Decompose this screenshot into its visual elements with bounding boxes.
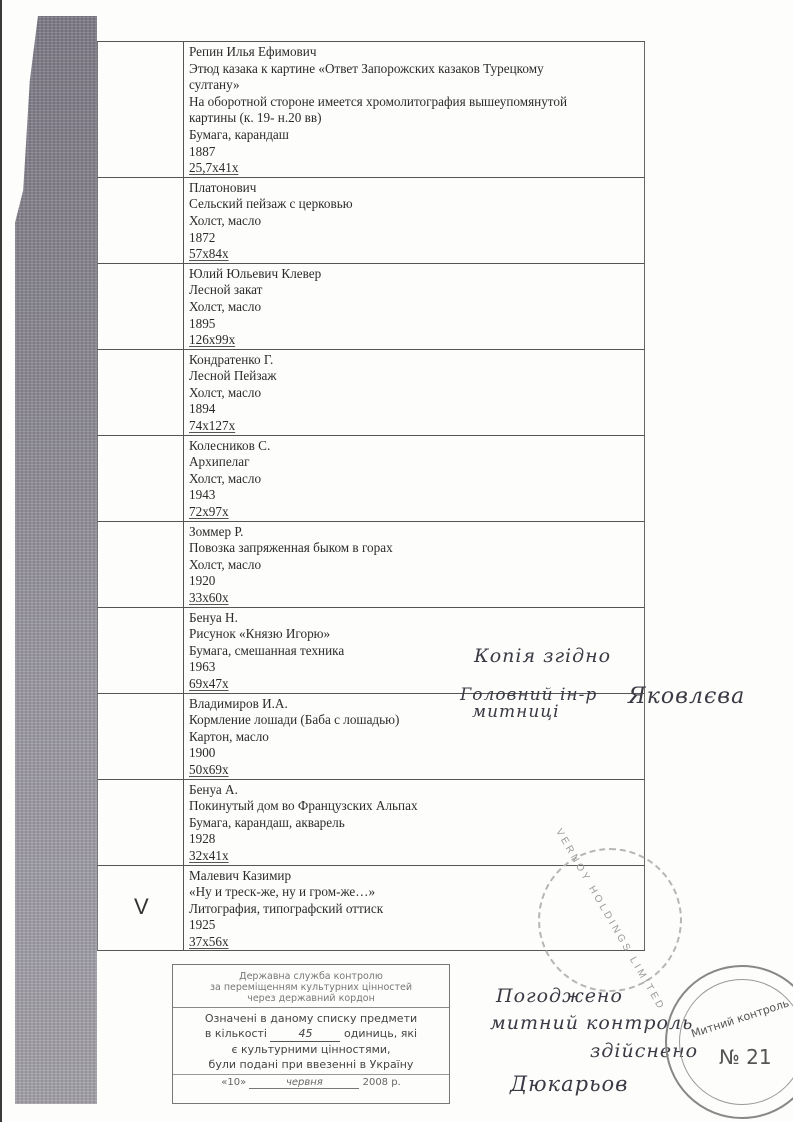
artworks-table: Репин Илья ЕфимовичЭтюд казака к картине… <box>97 41 645 951</box>
handwritten-signature: Яковлєва <box>628 684 745 709</box>
artist-name: Кондратенко Г. <box>189 352 644 369</box>
artwork-detail-line: Сельский пейзаж с церковью <box>189 196 644 213</box>
table-row: Юлий Юльевич КлеверЛесной закатХолст, ма… <box>97 264 645 350</box>
stamp-header-line: за переміщенням культурних цінностей <box>173 982 449 993</box>
artwork-description-cell: ПлатоновичСельский пейзаж с церковьюХолс… <box>184 178 644 263</box>
row-mark-cell <box>98 522 184 607</box>
artwork-dimensions: 74x127x <box>189 418 235 433</box>
artist-name: Бенуа А. <box>189 782 644 799</box>
stamp-body-line: є культурними цінностями, <box>173 1042 449 1057</box>
artwork-dimensions-line: 72x97x <box>189 504 644 521</box>
customs-stamp-number: № 21 <box>719 1045 772 1069</box>
artwork-detail-line: 1895 <box>189 316 644 333</box>
artwork-detail-line: Бумага, карандаш, акварель <box>189 815 644 832</box>
artwork-dimensions: 50x69x <box>189 762 229 777</box>
artwork-detail-line: Кормление лошади (Баба с лошадью) <box>189 712 644 729</box>
certification-stamp-date: «10» червня 2008 р. <box>173 1074 449 1089</box>
artwork-dimensions: 72x97x <box>189 504 229 519</box>
artwork-dimensions: 126x99x <box>189 332 235 347</box>
artwork-detail-line: Холст, масло <box>189 471 644 488</box>
artwork-dimensions-line: 74x127x <box>189 418 644 435</box>
certification-stamp: Державна служба контролю за переміщенням… <box>172 964 450 1104</box>
certification-stamp-body: Означені в даному списку предмети в кіль… <box>173 1008 449 1072</box>
artwork-description-cell: Колесников С.АрхипелагХолст, масло194372… <box>184 436 644 521</box>
artwork-dimensions-line: 25,7x41x <box>189 160 644 177</box>
artwork-detail-line: картины (к. 19- н.20 вв) <box>189 110 644 127</box>
table-row: Бенуа А.Покинутый дом во Французских Аль… <box>97 780 645 866</box>
table-row: Кондратенко Г.Лесной ПейзажХолст, масло1… <box>97 350 645 436</box>
handwritten-approved: Погоджено <box>496 985 623 1007</box>
artwork-dimensions-line: 126x99x <box>189 332 644 349</box>
page-edge <box>0 0 2 1122</box>
company-round-stamp: VERNOY HOLDINGS LIMITED <box>538 848 682 992</box>
stamp-date-year: 2008 р. <box>363 1077 401 1088</box>
stamp-body-line: Означені в даному списку предмети <box>173 1011 449 1026</box>
table-row: Колесников С.АрхипелагХолст, масло194372… <box>97 436 645 522</box>
artwork-description-cell: Зоммер Р.Повозка запряженная быком в гор… <box>184 522 644 607</box>
artwork-dimensions-line: 50x69x <box>189 762 644 779</box>
scanner-shadow-strip <box>15 16 97 1104</box>
artwork-detail-line: 1900 <box>189 745 644 762</box>
artist-name: Зоммер Р. <box>189 524 644 541</box>
handwritten-position-line2: митниці <box>472 702 560 722</box>
stamp-body-line: були подані при ввезенні в Україну <box>173 1057 449 1072</box>
artwork-detail-line: Рисунок «Князю Игорю» <box>189 626 644 643</box>
row-mark-cell <box>98 694 184 779</box>
certification-stamp-header: Державна служба контролю за переміщенням… <box>173 965 449 1008</box>
table-row: Зоммер Р.Повозка запряженная быком в гор… <box>97 522 645 608</box>
artwork-detail-line: Холст, масло <box>189 385 644 402</box>
artwork-detail-line: Покинутый дом во Французских Альпах <box>189 798 644 815</box>
table-row: ПлатоновичСельский пейзаж с церковьюХолс… <box>97 178 645 264</box>
table-row: Репин Илья ЕфимовичЭтюд казака к картине… <box>97 42 645 178</box>
stamp-date-month: червня <box>249 1077 359 1089</box>
artwork-dimensions-line: 57x84x <box>189 246 644 263</box>
row-mark-cell <box>98 42 184 177</box>
artwork-detail-line: Повозка запряженная быком в горах <box>189 540 644 557</box>
stamp-header-line: через державний кордон <box>173 993 449 1004</box>
row-mark-cell: V <box>98 866 184 951</box>
artist-name: Юлий Юльевич Клевер <box>189 266 644 283</box>
handwritten-bottom-signature: Дюкарьов <box>510 1072 628 1096</box>
handwritten-customs-control: митний контроль <box>490 1012 693 1034</box>
artwork-detail-line: Лесной закат <box>189 282 644 299</box>
artwork-dimensions: 33x60x <box>189 590 229 605</box>
artwork-dimensions: 57x84x <box>189 246 229 261</box>
artwork-detail-line: Холст, масло <box>189 213 644 230</box>
artwork-dimensions-line: 33x60x <box>189 590 644 607</box>
row-mark-cell <box>98 436 184 521</box>
stamp-header-line: Державна служба контролю <box>173 971 449 982</box>
row-mark-cell <box>98 350 184 435</box>
stamp-count-line: в кількості 45 одиниць, які <box>173 1026 449 1042</box>
artist-name: Бенуа Н. <box>189 610 644 627</box>
stamp-count-prefix: в кількості <box>205 1027 267 1040</box>
artwork-detail-line: 1872 <box>189 230 644 247</box>
artist-name: Платонович <box>189 180 644 197</box>
customs-stamp-inner-ring <box>679 979 793 1105</box>
artist-name: Репин Илья Ефимович <box>189 44 644 61</box>
stamp-count-suffix: одиниць, які <box>344 1027 417 1040</box>
artwork-detail-line: султану» <box>189 77 644 94</box>
artwork-detail-line: Картон, масло <box>189 729 644 746</box>
row-mark-cell <box>98 780 184 865</box>
artist-name: Колесников С. <box>189 438 644 455</box>
artwork-dimensions: 25,7x41x <box>189 160 238 175</box>
artwork-detail-line: Холст, масло <box>189 557 644 574</box>
row-mark-cell <box>98 264 184 349</box>
artwork-detail-line: 1887 <box>189 144 644 161</box>
stamp-count-value: 45 <box>270 1026 340 1042</box>
artwork-detail-line: 1928 <box>189 831 644 848</box>
artwork-detail-line: Бумага, карандаш <box>189 127 644 144</box>
artwork-description-cell: Владимиров И.А.Кормление лошади (Баба с … <box>184 694 644 779</box>
artwork-dimensions: 69x47x <box>189 676 229 691</box>
artwork-dimensions: 37x56x <box>189 934 229 949</box>
artwork-description-cell: Репин Илья ЕфимовичЭтюд казака к картине… <box>184 42 644 177</box>
check-mark: V <box>134 894 149 920</box>
customs-round-stamp: Митний контроль № 21 <box>665 965 793 1119</box>
row-mark-cell <box>98 608 184 693</box>
stamp-date-day: «10» <box>221 1077 246 1088</box>
artwork-detail-line: Архипелаг <box>189 454 644 471</box>
artwork-description-cell: Юлий Юльевич КлеверЛесной закатХолст, ма… <box>184 264 644 349</box>
artwork-detail-line: Холст, масло <box>189 299 644 316</box>
artwork-detail-line: 1920 <box>189 573 644 590</box>
artwork-detail-line: Лесной Пейзаж <box>189 368 644 385</box>
table-row: Владимиров И.А.Кормление лошади (Баба с … <box>97 694 645 780</box>
handwritten-copy-note: Копія згідно <box>474 645 611 667</box>
artwork-dimensions: 32x41x <box>189 848 229 863</box>
artwork-detail-line: На оборотной стороне имеется хромолитогр… <box>189 94 644 111</box>
artwork-detail-line: 1894 <box>189 401 644 418</box>
artwork-detail-line: 1943 <box>189 487 644 504</box>
row-mark-cell <box>98 178 184 263</box>
artwork-description-cell: Кондратенко Г.Лесной ПейзажХолст, масло1… <box>184 350 644 435</box>
artwork-detail-line: Этюд казака к картине «Ответ Запорожских… <box>189 61 644 78</box>
